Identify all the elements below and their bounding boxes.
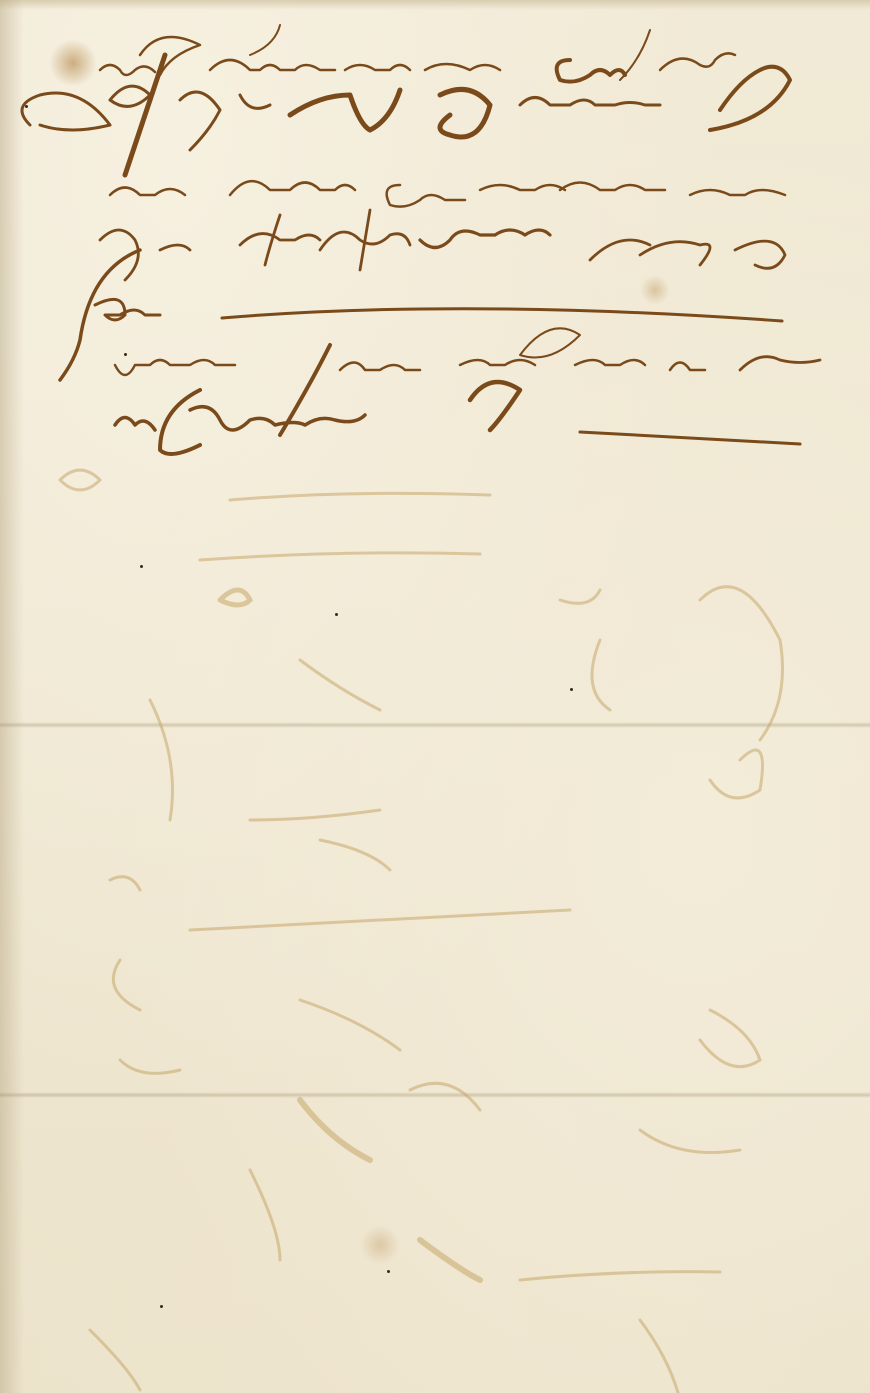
paper-speck xyxy=(124,353,127,356)
line-3-strokes xyxy=(110,181,785,207)
handwritten-ink xyxy=(0,0,870,1393)
manuscript-page: [Pedro?] Conhecimento ao Senhor Capp.am … xyxy=(0,0,870,1393)
paper-speck xyxy=(335,613,338,616)
paper-speck xyxy=(140,565,143,568)
line-4-strokes xyxy=(100,210,785,280)
paper-speck xyxy=(160,1305,163,1308)
paper-speck xyxy=(570,688,573,691)
line-5-strokes xyxy=(60,250,782,380)
line-2-strokes xyxy=(22,55,790,175)
line-1-strokes xyxy=(100,25,735,82)
paper-speck xyxy=(387,1270,390,1273)
paper-speck xyxy=(25,105,28,108)
line-7-strokes xyxy=(115,382,800,454)
